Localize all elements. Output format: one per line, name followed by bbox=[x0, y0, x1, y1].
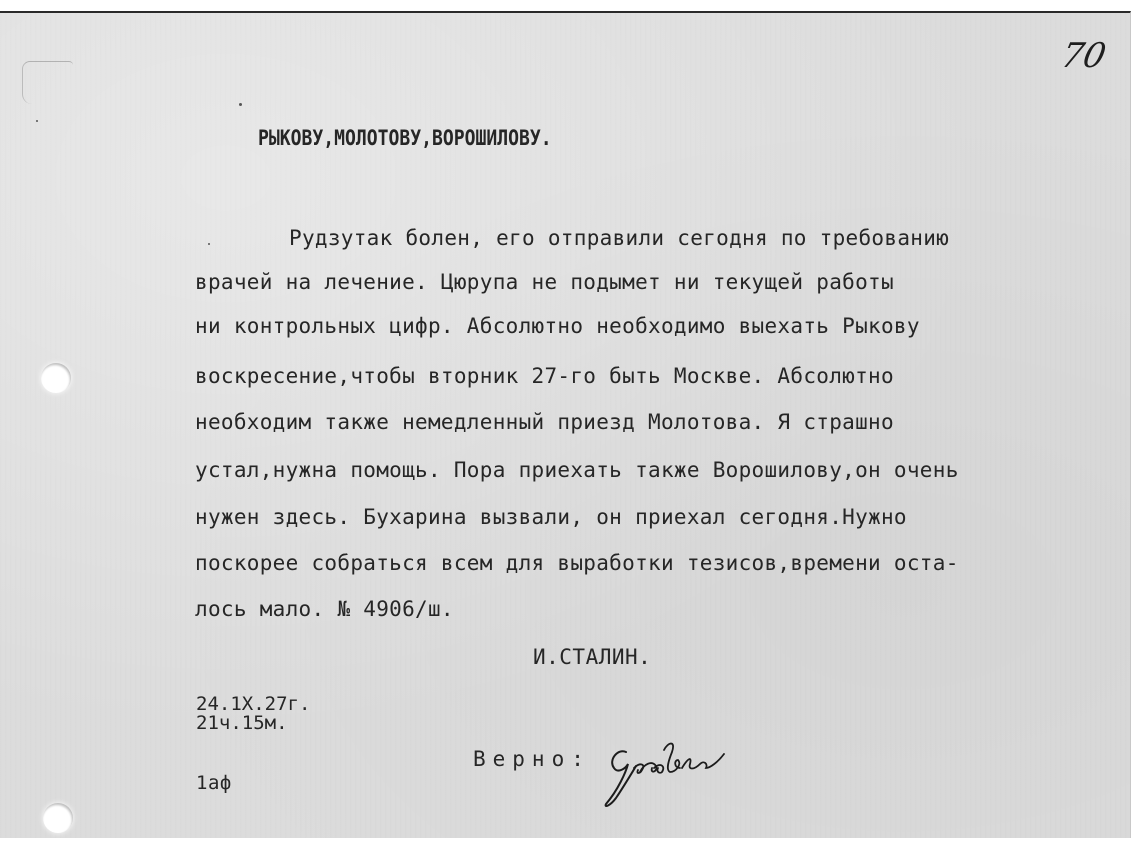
body-line: Рудзутак болен, его отправили сегодня по… bbox=[289, 226, 949, 250]
typed-signature: И.СТАЛИН. bbox=[533, 645, 651, 669]
body-line: врачей на лечение. Цюрупа не подымет ни … bbox=[195, 270, 894, 294]
paper-stain bbox=[22, 61, 73, 104]
punch-hole-icon bbox=[41, 363, 71, 393]
body-line: нужен здесь. Бухарина вызвали, он приеха… bbox=[195, 505, 907, 529]
certification-label: Верно: bbox=[473, 747, 591, 771]
body-line: необходим также немедленный приезд Молот… bbox=[195, 410, 894, 434]
body-line: ни контрольных цифр. Абсолютно необходим… bbox=[195, 314, 920, 338]
time-stamp: 21ч.15м. bbox=[196, 712, 288, 734]
body-line: лось мало. № 4906/ш. bbox=[195, 597, 454, 621]
punch-hole-icon bbox=[43, 803, 73, 833]
body-line: воскресение,чтобы вторник 27-го быть Мос… bbox=[195, 364, 894, 388]
handwritten-signature-icon bbox=[596, 738, 766, 810]
ink-speck bbox=[36, 120, 38, 122]
page-number: 70 bbox=[1058, 36, 1110, 76]
body-line: поскорее собраться всем для выработки те… bbox=[195, 551, 959, 575]
ink-speck bbox=[208, 243, 210, 245]
copy-code: 1аф bbox=[196, 772, 232, 794]
addressees-heading: РЫКОВУ,МОЛОТОВУ,ВОРОШИЛОВУ. bbox=[258, 126, 552, 150]
body-line: устал,нужна помощь. Пора приехать также … bbox=[195, 458, 959, 482]
ink-speck bbox=[239, 103, 242, 106]
scanned-document: 70 РЫКОВУ,МОЛОТОВУ,ВОРОШИЛОВУ. Рудзутак … bbox=[0, 0, 1146, 845]
